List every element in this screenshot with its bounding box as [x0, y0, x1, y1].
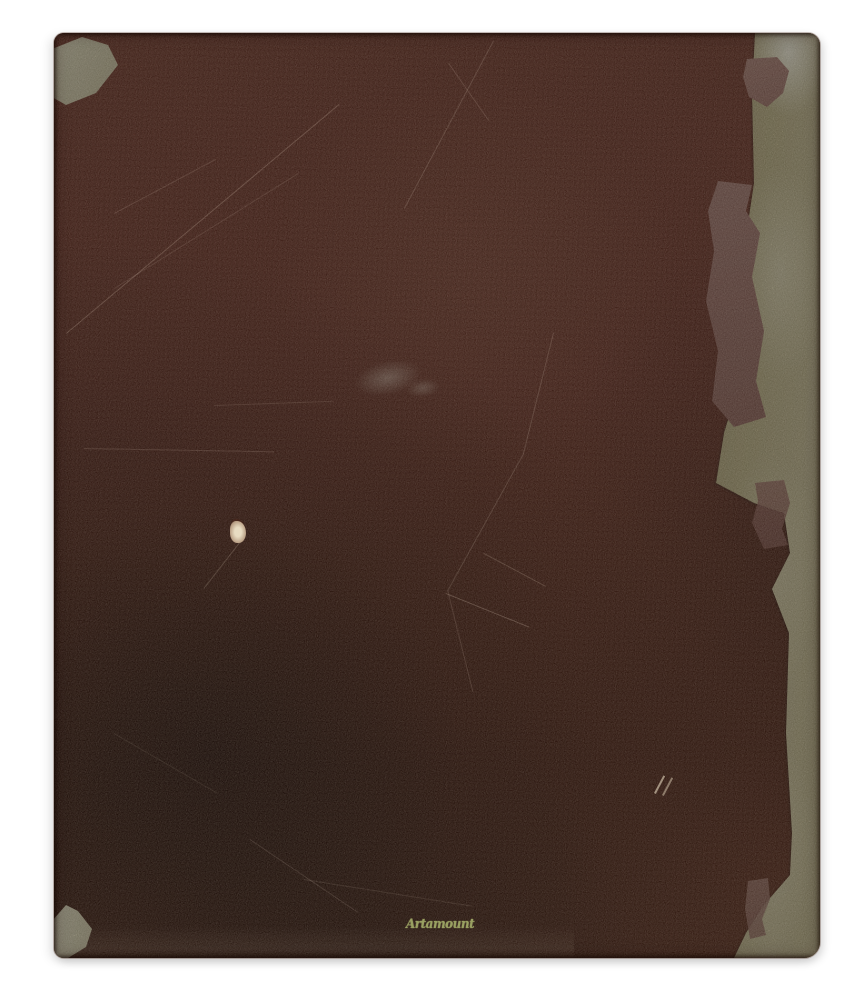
white-paint-spot — [230, 521, 246, 543]
right-edge-torn-strip — [694, 33, 820, 958]
scanner-background: Artamount — [0, 0, 850, 986]
book-back-cover: Artamount — [54, 33, 820, 958]
bottom-edge-wear — [54, 926, 574, 958]
brand-stamp: Artamount — [406, 917, 462, 934]
exposed-board — [694, 33, 820, 958]
